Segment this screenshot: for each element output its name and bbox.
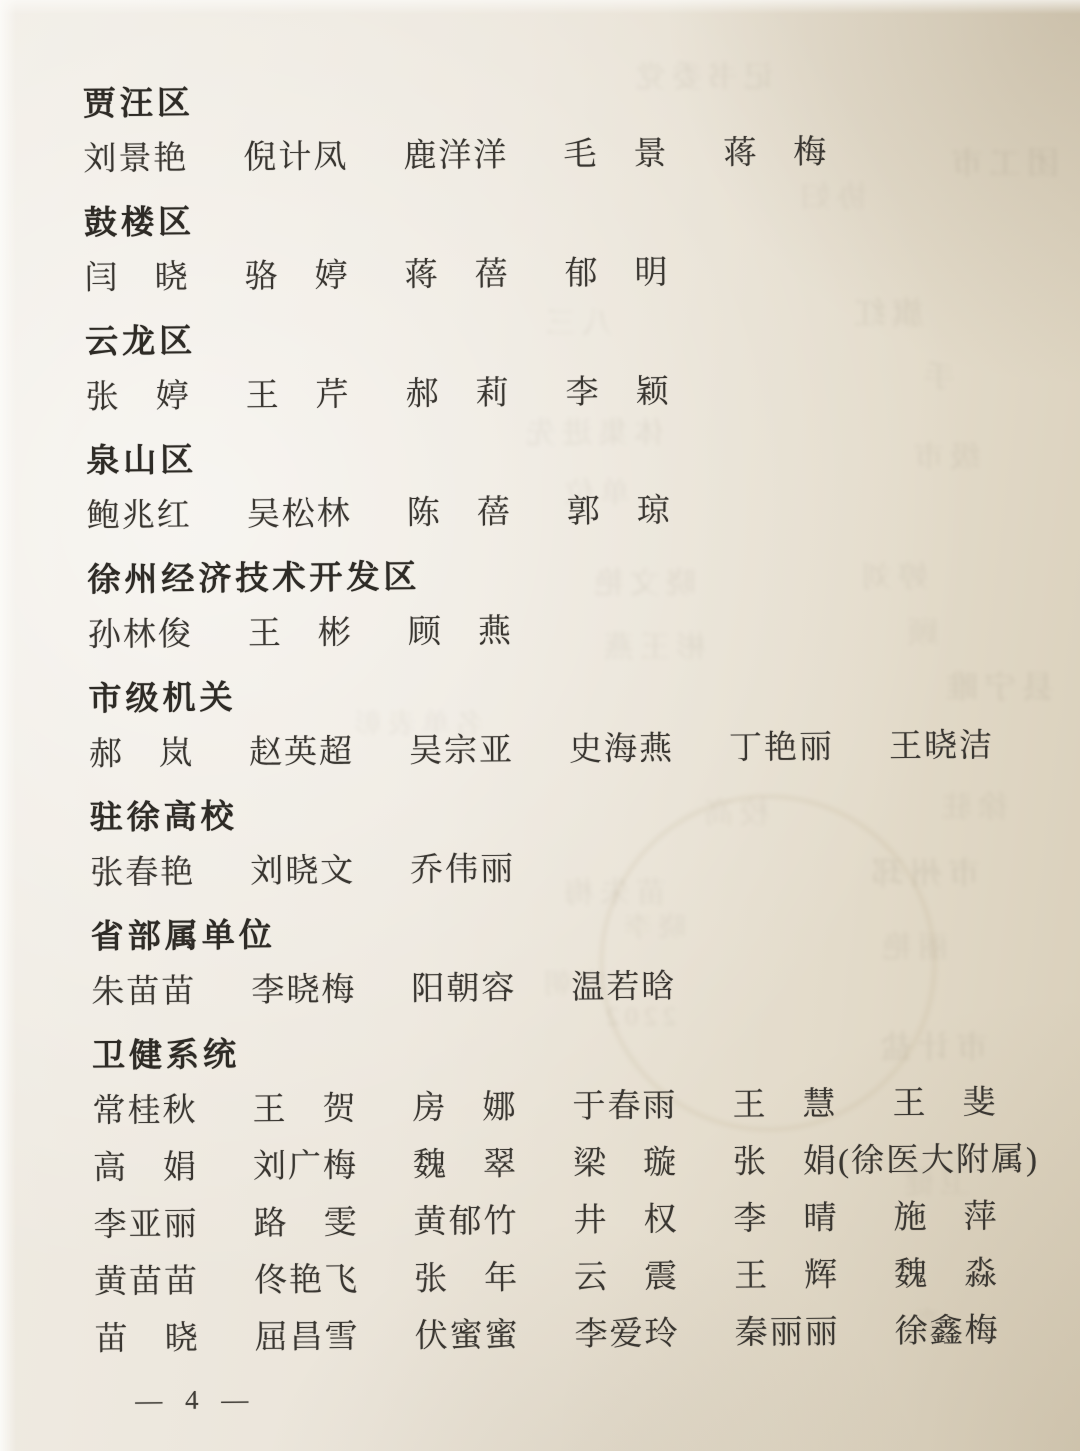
section-header: 鼓楼区	[84, 184, 1077, 251]
name-row: 朱苗苗李晓梅阳朝容温若晗	[91, 955, 1080, 1022]
section: 省部属单位朱苗苗李晓梅阳朝容温若晗	[91, 898, 1080, 1022]
person-name: 云 震	[574, 1249, 735, 1308]
person-name: 李爱玲	[574, 1306, 735, 1365]
section: 徐州经济技术开发区孙林俊王 彬顾 燕	[87, 541, 1080, 665]
person-name: 顾 燕	[408, 603, 569, 662]
person-name: 张 娟(徐医大附属)	[733, 1133, 894, 1192]
person-name: 刘广梅	[253, 1138, 414, 1197]
section-header: 卫健系统	[92, 1017, 1080, 1084]
section: 市级机关郝 岚赵英超吴宗亚史海燕丁艳丽王晓洁	[88, 660, 1080, 784]
person-name: 史海燕	[569, 721, 730, 780]
person-name: 刘景艳	[83, 130, 244, 189]
section: 驻徐高校张春艳刘晓文乔伟丽	[89, 779, 1080, 903]
section-header: 驻徐高校	[89, 779, 1080, 846]
person-name: 黄郁竹	[413, 1193, 574, 1252]
page-number: — 4 —	[135, 1366, 1080, 1425]
name-list-content: 贾汪区刘景艳倪计凤鹿洋洋毛 景蒋 梅鼓楼区闫 晓骆 婷蒋 蓓郁 明云龙区张 婷王…	[0, 0, 1080, 1427]
person-name: 蒋 蓓	[404, 246, 565, 305]
person-name: 屈昌雪	[254, 1309, 415, 1368]
scanned-document-page: 记书委党团工市协妇八三旗红手体集进先单位级市晓文艳婷刘彬王燕顾名单表彰县宁睢校高…	[0, 0, 1080, 1451]
name-row: 高 娟刘广梅魏 翠梁 璇张 娟(徐医大附属)	[93, 1131, 1080, 1198]
name-row: 郝 岚赵英超吴宗亚史海燕丁艳丽王晓洁	[89, 717, 1080, 784]
section: 贾汪区刘景艳倪计凤鹿洋洋毛 景蒋 梅	[83, 65, 1076, 189]
person-name: 鲍兆红	[87, 487, 248, 546]
person-name: 李晓梅	[251, 962, 412, 1021]
person-name: 王 贺	[252, 1081, 413, 1140]
name-row: 孙林俊王 彬顾 燕	[88, 598, 1080, 665]
person-name: 路 雯	[253, 1195, 414, 1254]
person-name: 徐鑫梅	[894, 1303, 1055, 1362]
section-header: 泉山区	[86, 422, 1079, 489]
person-name: 井 权	[573, 1192, 734, 1251]
section: 卫健系统常桂秋王 贺房 娜于春雨王 慧王 斐高 娟刘广梅魏 翠梁 璇张 娟(徐医…	[92, 1017, 1080, 1369]
section-header: 云龙区	[85, 303, 1078, 370]
person-name: 房 娜	[412, 1079, 573, 1138]
name-row: 黄苗苗佟艳飞张 年云 震王 辉魏 淼	[94, 1245, 1080, 1312]
person-name: 阳朝容	[411, 960, 572, 1019]
section: 泉山区鲍兆红吴松林陈 蓓郭 琼	[86, 422, 1079, 546]
section: 云龙区张 婷王 芹郝 莉李 颖	[85, 303, 1078, 427]
section-header: 省部属单位	[91, 898, 1080, 965]
person-name: 张 年	[414, 1250, 575, 1309]
name-row: 张春艳刘晓文乔伟丽	[90, 836, 1080, 903]
person-name: 温若晗	[571, 959, 732, 1018]
person-name: 鹿洋洋	[403, 127, 564, 186]
person-name: 毛 景	[563, 126, 724, 185]
name-row: 鲍兆红吴松林陈 蓓郭 琼	[87, 479, 1080, 546]
person-name: 刘晓文	[250, 843, 411, 902]
person-name: 魏 淼	[894, 1246, 1055, 1305]
person-name: 王 斐	[892, 1075, 1053, 1134]
name-row: 苗 晓屈昌雪伏蜜蜜李爱玲秦丽丽徐鑫梅	[94, 1302, 1080, 1369]
person-name: 倪计凤	[243, 129, 404, 188]
person-name: 陈 蓓	[407, 484, 568, 543]
person-name: 张 婷	[85, 368, 246, 427]
person-name: 郭 琼	[567, 483, 728, 542]
person-name: 伏蜜蜜	[414, 1307, 575, 1366]
person-name: 苗 晓	[94, 1310, 255, 1369]
person-name: 乔伟丽	[410, 841, 571, 900]
section-header: 贾汪区	[83, 65, 1076, 132]
person-name: 郝 莉	[405, 365, 566, 424]
person-name: 吴宗亚	[409, 722, 570, 781]
person-name: 闫 晓	[84, 249, 245, 308]
person-name: 常桂秋	[92, 1082, 253, 1141]
person-name: 梁 璇	[573, 1135, 734, 1194]
person-name: 骆 婷	[244, 248, 405, 307]
person-name: 丁艳丽	[729, 719, 890, 778]
person-name: 王晓洁	[889, 718, 1050, 777]
person-name: 郝 岚	[89, 725, 250, 784]
person-name: 李 晴	[733, 1190, 894, 1249]
person-name: 张春艳	[90, 844, 251, 903]
person-name: 吴松林	[247, 486, 408, 545]
person-name: 佟艳飞	[254, 1252, 415, 1311]
person-name: 魏 翠	[413, 1136, 574, 1195]
name-row: 刘景艳倪计凤鹿洋洋毛 景蒋 梅	[83, 122, 1076, 189]
name-row: 李亚丽路 雯黄郁竹井 权李 晴施 萍	[93, 1188, 1080, 1255]
person-name: 王 彬	[248, 605, 409, 664]
name-row: 常桂秋王 贺房 娜于春雨王 慧王 斐	[92, 1074, 1080, 1141]
person-name: 王 慧	[732, 1076, 893, 1135]
person-name: 赵英超	[249, 724, 410, 783]
person-name: 郁 明	[564, 245, 725, 304]
person-name: 黄苗苗	[94, 1253, 255, 1312]
name-row: 闫 晓骆 婷蒋 蓓郁 明	[84, 241, 1077, 308]
person-name: 于春雨	[572, 1078, 733, 1137]
person-name: 秦丽丽	[734, 1304, 895, 1363]
person-name: 李亚丽	[93, 1196, 254, 1255]
section: 鼓楼区闫 晓骆 婷蒋 蓓郁 明	[84, 184, 1077, 308]
section-header: 市级机关	[88, 660, 1080, 727]
person-name: 王 辉	[734, 1247, 895, 1306]
person-name: 李 颖	[565, 364, 726, 423]
name-row: 张 婷王 芹郝 莉李 颖	[85, 360, 1078, 427]
person-name: 施 萍	[893, 1189, 1054, 1248]
person-name: 王 芹	[245, 367, 406, 426]
section-header: 徐州经济技术开发区	[87, 541, 1080, 608]
person-name: 高 娟	[93, 1139, 254, 1198]
person-name: 孙林俊	[88, 606, 249, 665]
person-name: 蒋 梅	[723, 124, 884, 183]
person-name: 朱苗苗	[91, 963, 252, 1022]
